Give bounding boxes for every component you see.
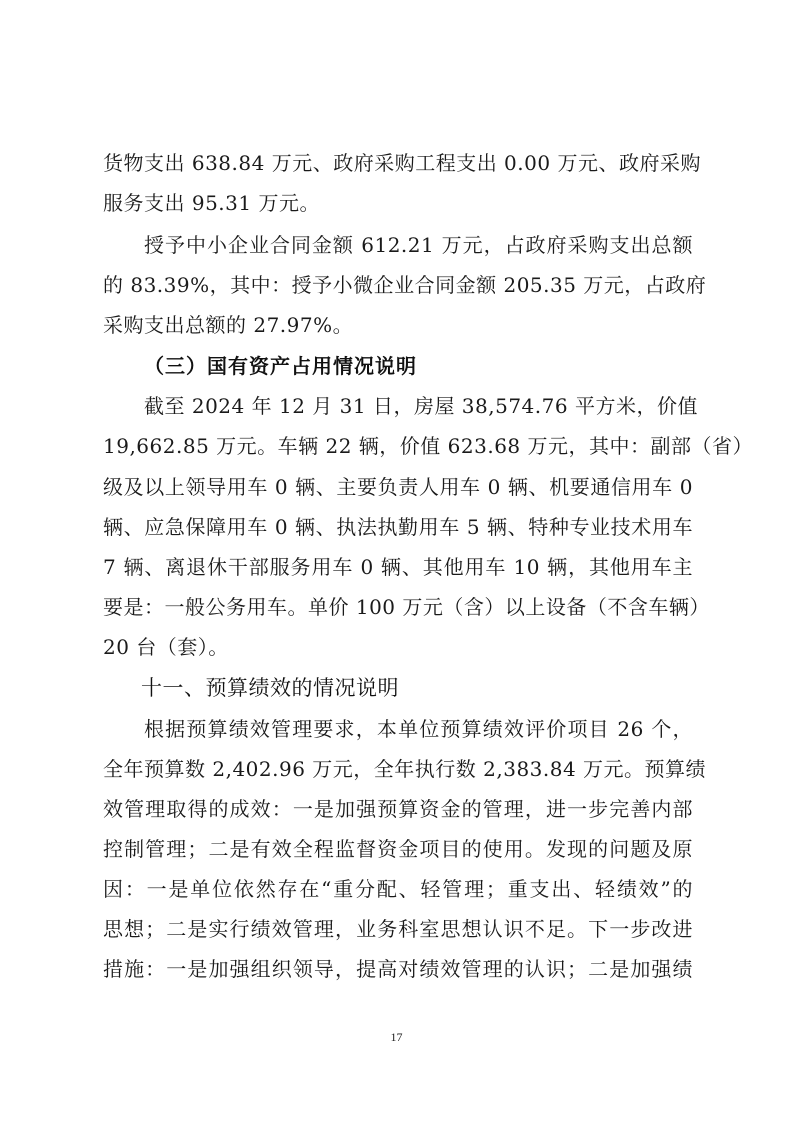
paragraph-line: 级及以上领导用车 0 辆、主要负责人用车 0 辆、机要通信用车 0 [103, 474, 693, 500]
paragraph-line: 措施：一是加强组织领导，提高对绩效管理的认识；二是加强绩 [103, 956, 693, 982]
paragraph-line: 效管理取得的成效：一是加强预算资金的管理，进一步完善内部 [103, 796, 693, 822]
paragraph-line: 20 台（套）。 [103, 634, 693, 660]
paragraph-line: 的 83.39%，其中：授予小微企业合同金额 205.35 万元，占政府 [103, 272, 693, 298]
paragraph-line: 思想；二是实行绩效管理，业务科室思想认识不足。下一步改进 [103, 916, 693, 942]
paragraph-line: 全年预算数 2,402.96 万元，全年执行数 2,383.84 万元。预算绩 [103, 756, 693, 782]
paragraph-line: 服务支出 95.31 万元。 [103, 190, 693, 216]
paragraph-line: 要是：一般公务用车。单价 100 万元（含）以上设备（不含车辆） [103, 594, 693, 620]
section-heading-state-assets: （三）国有资产占用情况说明 [144, 353, 417, 379]
paragraph-line: 7 辆、离退休干部服务用车 0 辆、其他用车 10 辆，其他用车主 [103, 554, 693, 580]
page-number: 17 [0, 1030, 793, 1045]
paragraph-line: 控制管理；二是有效全程监督资金项目的使用。发现的问题及原 [103, 836, 693, 862]
section-heading-performance: 十一、预算绩效的情况说明 [141, 675, 399, 701]
paragraph-line: 授予中小企业合同金额 612.21 万元，占政府采购支出总额 [144, 232, 693, 258]
paragraph-line: 采购支出总额的 27.97%。 [103, 312, 693, 338]
paragraph-line: 根据预算绩效管理要求，本单位预算绩效评价项目 26 个， [144, 716, 693, 742]
paragraph-line: 辆、应急保障用车 0 辆、执法执勤用车 5 辆、特种专业技术用车 [103, 514, 693, 540]
paragraph-line: 因：一是单位依然存在“重分配、轻管理；重支出、轻绩效”的 [103, 876, 693, 902]
document-page: 货物支出 638.84 万元、政府采购工程支出 0.00 万元、政府采购 服务支… [0, 0, 793, 1122]
paragraph-line: 19,662.85 万元。车辆 22 辆，价值 623.68 万元，其中：副部（… [103, 433, 693, 459]
paragraph-line: 货物支出 638.84 万元、政府采购工程支出 0.00 万元、政府采购 [103, 150, 693, 176]
paragraph-line: 截至 2024 年 12 月 31 日，房屋 38,574.76 平方米，价值 [144, 393, 693, 419]
